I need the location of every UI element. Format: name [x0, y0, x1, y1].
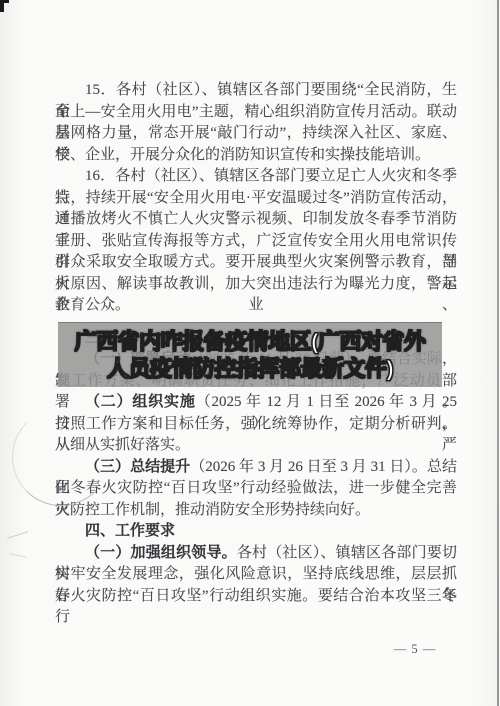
document-line: （二）组织实施（2025 年 12 月 1 日至 2026 年 3 月 25 日… [55, 392, 457, 414]
document-line: 过播放烤火不慎亡人火灾警示视频、印制发放冬春季节消防宣传 [55, 209, 457, 231]
overlay-title-bar: 广西省内咋报备疫情地区(广西对省外 人员疫情防控指挥部最新文件) [58, 322, 442, 387]
document-line: 灾防控工作机制，推动消防安全形势持续向好。 [55, 500, 457, 522]
scanned-document-page: 15．各村（社区）、镇辖区各部门要围绕“全民消防，生命至上—安全用火用电”主题，… [0, 0, 500, 706]
document-line-segment: 春火灾防控“百日攻坚”行动组织实施。要结合治本攻坚三年行 [55, 588, 457, 626]
document-line: （三）总结提升（2026 年 3 月 26 日至 3 月 31 日）。总结固 [55, 457, 457, 479]
document-line: 16．各村（社区）、镇辖区各部门要立足亡人火灾和冬季特 [55, 166, 457, 188]
document-line: （一）加强组织领导。各村（社区）、镇辖区各部门要切实 [55, 543, 457, 565]
document-line: 至上—安全用火用电”主题，精心组织消防宣传月活动。联动基 [55, 102, 457, 124]
document-line: 按照工作方案和目标任务，强化统筹协作，定期分析研判，从严 [55, 414, 457, 436]
document-line-bold-segment: （一）加强组织领导。 [85, 545, 237, 561]
scan-artifact-scribble [9, 543, 29, 558]
document-line-bold-segment: 四、工作要求 [85, 523, 175, 539]
scan-artifact-scribble [7, 516, 28, 539]
document-line: 校、企业，开展分众化的消防知识宣传和实操技能培训。 [55, 145, 457, 167]
document-line: 点，持续开展“安全用火用电·平安温暖过冬”消防宣传活动，通 [55, 188, 457, 210]
document-line: 春火灾防控“百日攻坚”行动组织实施。要结合治本攻坚三年行 [55, 586, 457, 608]
document-line-segment: 校、企业，开展分众化的消防知识宣传和实操技能培训。 [55, 147, 430, 163]
document-line: 手册、张贴宣传海报等方式，广泛宣传安全用火用电常识，引导 [55, 231, 457, 253]
document-line: 火原因、解读事故教训，加大突出违法行为曝光力度，警示企业、 [55, 274, 457, 296]
document-line-segment: 教育公众。 [55, 297, 130, 313]
page-number: — 5 — [385, 641, 445, 657]
overlay-title-line1: 广西省内咋报备疫情地区(广西对省外 [75, 328, 426, 355]
document-line: 四、工作要求 [55, 521, 457, 543]
document-line-segment: 灾防控工作机制，推动消防安全形势持续向好。 [55, 502, 370, 518]
scan-artifact-arc [12, 408, 110, 506]
document-line: 化冬春火灾防控“百日攻坚”行动经验做法，进一步健全完善火 [55, 478, 457, 500]
overlay-title-line2: 人员疫情防控指挥部最新文件) [107, 355, 393, 382]
document-line: 树牢安全发展理念，强化风险意识，坚持底线思维，层层抓好冬 [55, 564, 457, 586]
document-line: 群众采取安全取暖方式。要开展典型火灾案例警示教育，剖析起 [55, 252, 457, 274]
scan-artifact-corner-mark [0, 0, 4, 12]
document-line: 15．各村（社区）、镇辖区各部门要围绕“全民消防，生命 [55, 80, 457, 102]
scan-artifact-right-edge-line [497, 0, 499, 706]
document-line: 层网格力量，常态开展“敲门行动”，持续深入社区、家庭、学 [55, 123, 457, 145]
document-line-bold-segment: （二）组织实施 [85, 394, 196, 410]
